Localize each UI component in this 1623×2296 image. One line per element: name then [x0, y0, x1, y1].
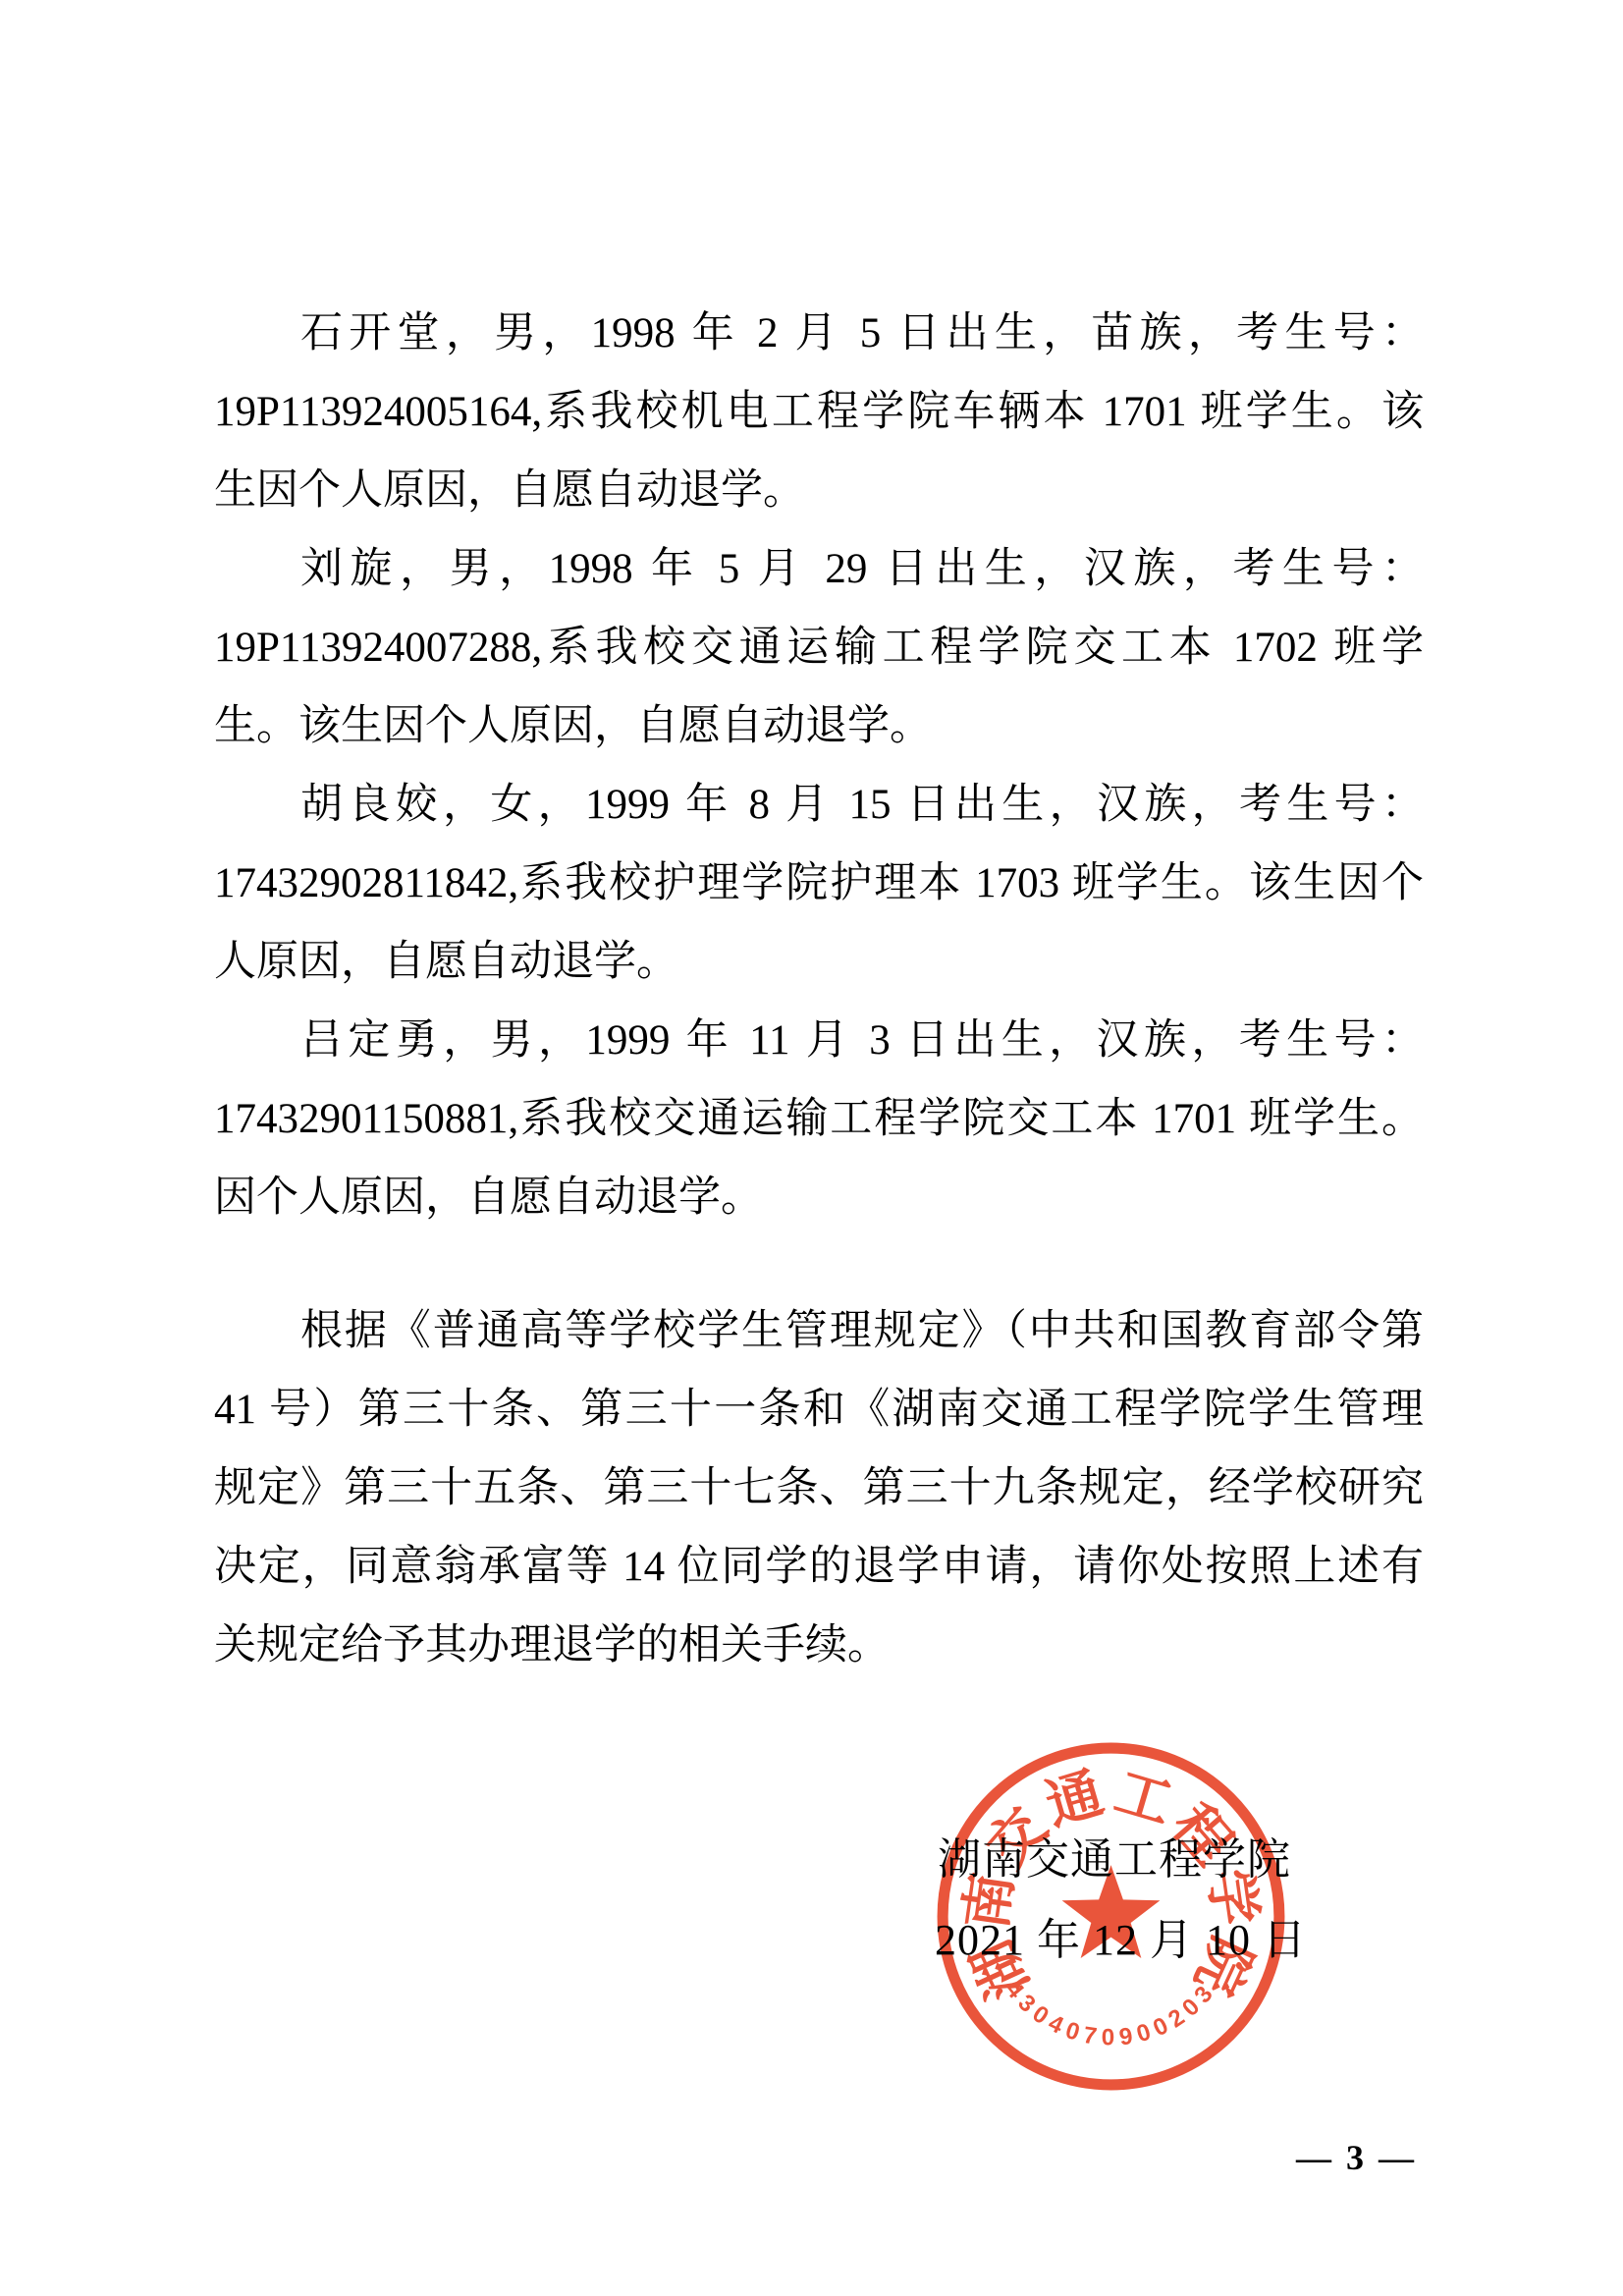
text-line: 刘旋，男，1998 年 5 月 29 日出生，汉族，考生号：: [214, 530, 1424, 609]
text-line: 决定，同意翁承富等 14 位同学的退学申请，请你处按照上述有: [214, 1528, 1424, 1607]
text-line: 胡良姣，女，1999 年 8 月 15 日出生，汉族，考生号：: [214, 766, 1424, 845]
text-line: 因个人原因，自愿自动退学。: [214, 1159, 1424, 1237]
text-line: 根据《普通高等学校学生管理规定》（中共和国教育部令第: [214, 1292, 1424, 1371]
paragraph: 吕定勇，男，1999 年 11 月 3 日出生，汉族，考生号： 17432901…: [214, 1002, 1424, 1237]
page-number: — 3 —: [1296, 2137, 1417, 2178]
text-line: 石开堂，男，1998 年 2 月 5 日出生，苗族，考生号：: [214, 295, 1424, 373]
text-line: 19P113924005164,系我校机电工程学院车辆本 1701 班学生。该: [214, 373, 1424, 452]
text-line: 生因个人原因，自愿自动退学。: [214, 452, 1424, 530]
text-line: 关规定给予其办理退学的相关手续。: [214, 1607, 1424, 1685]
paragraph: 胡良姣，女，1999 年 8 月 15 日出生，汉族，考生号： 17432902…: [214, 766, 1424, 1002]
text-line: 吕定勇，男，1999 年 11 月 3 日出生，汉族，考生号：: [214, 1002, 1424, 1080]
paragraph: 刘旋，男，1998 年 5 月 29 日出生，汉族，考生号： 19P113924…: [214, 530, 1424, 766]
signature-date: 2021 年 12 月 10 日: [935, 1919, 1307, 1962]
seal-serial-number: 4304070900203: [1001, 1977, 1222, 2051]
text-line: 17432902811842,系我校护理学院护理本 1703 班学生。该生因个: [214, 845, 1424, 923]
document-body: 石开堂，男，1998 年 2 月 5 日出生，苗族，考生号： 19P113924…: [214, 295, 1424, 1685]
document-page: 石开堂，男，1998 年 2 月 5 日出生，苗族，考生号： 19P113924…: [0, 0, 1623, 2296]
text-line: 生。该生因个人原因，自愿自动退学。: [214, 687, 1424, 766]
text-line: 规定》第三十五条、第三十七条、第三十九条规定，经学校研究: [214, 1449, 1424, 1528]
paragraph-closing: 根据《普通高等学校学生管理规定》（中共和国教育部令第 41 号）第三十条、第三十…: [214, 1292, 1424, 1685]
svg-text:4304070900203: 4304070900203: [1001, 1977, 1222, 2051]
text-line: 人原因，自愿自动退学。: [214, 923, 1424, 1002]
text-line: 19P113924007288,系我校交通运输工程学院交工本 1702 班学: [214, 609, 1424, 687]
text-line: 17432901150881,系我校交通运输工程学院交工本 1701 班学生。: [214, 1080, 1424, 1159]
paragraph: 石开堂，男，1998 年 2 月 5 日出生，苗族，考生号： 19P113924…: [214, 295, 1424, 530]
text-line: 41 号）第三十条、第三十一条和《湖南交通工程学院学生管理: [214, 1371, 1424, 1449]
signature-organization: 湖南交通工程学院: [938, 1838, 1291, 1882]
